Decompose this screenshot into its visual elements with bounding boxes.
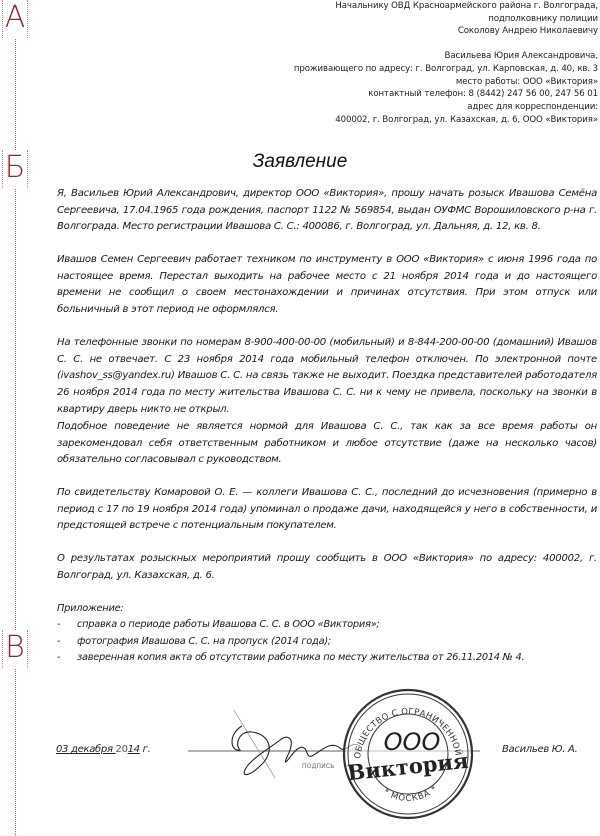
sender-line: адрес для корреспонденции: bbox=[178, 101, 598, 114]
paragraph-text: Ивашов Семен Сергеевич работает техником… bbox=[57, 252, 597, 319]
attachment-item: - справка о периоде работы Ивашова С. С.… bbox=[57, 617, 597, 633]
addressee-line: Начальнику ОВД Красноармейского района г… bbox=[178, 0, 598, 13]
sender-line: место работы: ООО «Виктория» bbox=[178, 76, 598, 89]
date-year: 14 bbox=[128, 744, 140, 755]
attachment-item: - фотография Ивашова С. С. на пропуск (2… bbox=[57, 634, 597, 650]
addressee-block: Начальнику ОВД Красноармейского района г… bbox=[178, 0, 598, 126]
paragraph-request: Я, Васильев Юрий Александрович, директор… bbox=[57, 186, 597, 236]
attachments-block: Приложение: - справка о периоде работы И… bbox=[57, 601, 597, 666]
paragraph-text: Подобное поведение не является нормой дл… bbox=[57, 419, 597, 469]
attachments-label: Приложение: bbox=[57, 601, 597, 617]
attachment-text: фотография Ивашова С. С. на пропуск (201… bbox=[77, 636, 331, 647]
signer-name: Васильев Ю. А. bbox=[502, 744, 577, 755]
paragraph-witness: По свидетельству Комаровой О. Е. — колле… bbox=[57, 485, 597, 535]
paragraph-contact-attempts: На телефонные звонки по номерам 8-900-40… bbox=[57, 335, 597, 419]
sender-line: Васильева Юрия Александровича, bbox=[178, 50, 598, 63]
sender-line: проживающего по адресу: г. Волгоград, ул… bbox=[178, 63, 598, 76]
paragraph-employment: Ивашов Семен Сергеевич работает техником… bbox=[57, 252, 597, 319]
sender-line: контактный телефон: 8 (8442) 247 56 00, … bbox=[178, 88, 598, 101]
document-date: 03 декабря 2014 г. bbox=[56, 744, 151, 755]
addressee-line: Соколову Андрею Николаевичу bbox=[178, 25, 598, 38]
margin-mark-v: В bbox=[2, 630, 28, 668]
attachments-list: - справка о периоде работы Ивашова С. С.… bbox=[57, 617, 597, 666]
bullet-dash: - bbox=[57, 650, 60, 666]
attachment-text: заверенная копия акта об отсутствии рабо… bbox=[77, 652, 524, 663]
paragraph-text: По свидетельству Комаровой О. Е. — колле… bbox=[57, 485, 597, 535]
paragraph-text: На телефонные звонки по номерам 8-900-40… bbox=[57, 335, 597, 419]
bullet-dash: - bbox=[57, 617, 60, 633]
company-stamp-icon: ОБЩЕСТВО С ОГРАНИЧЕННОЙ ОТВЕТСТВЕННОСТЬЮ… bbox=[340, 686, 476, 822]
attachment-text: справка о периоде работы Ивашова С. С. в… bbox=[77, 619, 379, 630]
paragraph-text: О результатах розыскных мероприятий прош… bbox=[57, 551, 597, 584]
sender-line: 400002, г. Волгоград, ул. Казахская, д. … bbox=[178, 114, 598, 127]
date-suffix: г. bbox=[140, 744, 151, 755]
signature-caption: ПОДПИСЬ bbox=[302, 763, 335, 770]
margin-mark-letter: В bbox=[2, 632, 28, 664]
date-century: 20 bbox=[116, 744, 128, 755]
margin-mark-letter: А bbox=[2, 2, 28, 34]
paragraph-text: Я, Васильев Юрий Александрович, директор… bbox=[57, 186, 597, 236]
document-title: Заявление bbox=[0, 151, 600, 173]
bullet-dash: - bbox=[57, 634, 60, 650]
paragraph-results-request: О результатах розыскных мероприятий прош… bbox=[57, 551, 597, 584]
addressee-line: подполковнику полиции bbox=[178, 13, 598, 26]
paragraph-behavior: Подобное поведение не является нормой дл… bbox=[57, 419, 597, 469]
margin-mark-a: А bbox=[2, 0, 28, 38]
date-day-month: 03 декабря bbox=[56, 744, 116, 755]
attachment-item: - заверенная копия акта об отсутствии ра… bbox=[57, 650, 597, 666]
